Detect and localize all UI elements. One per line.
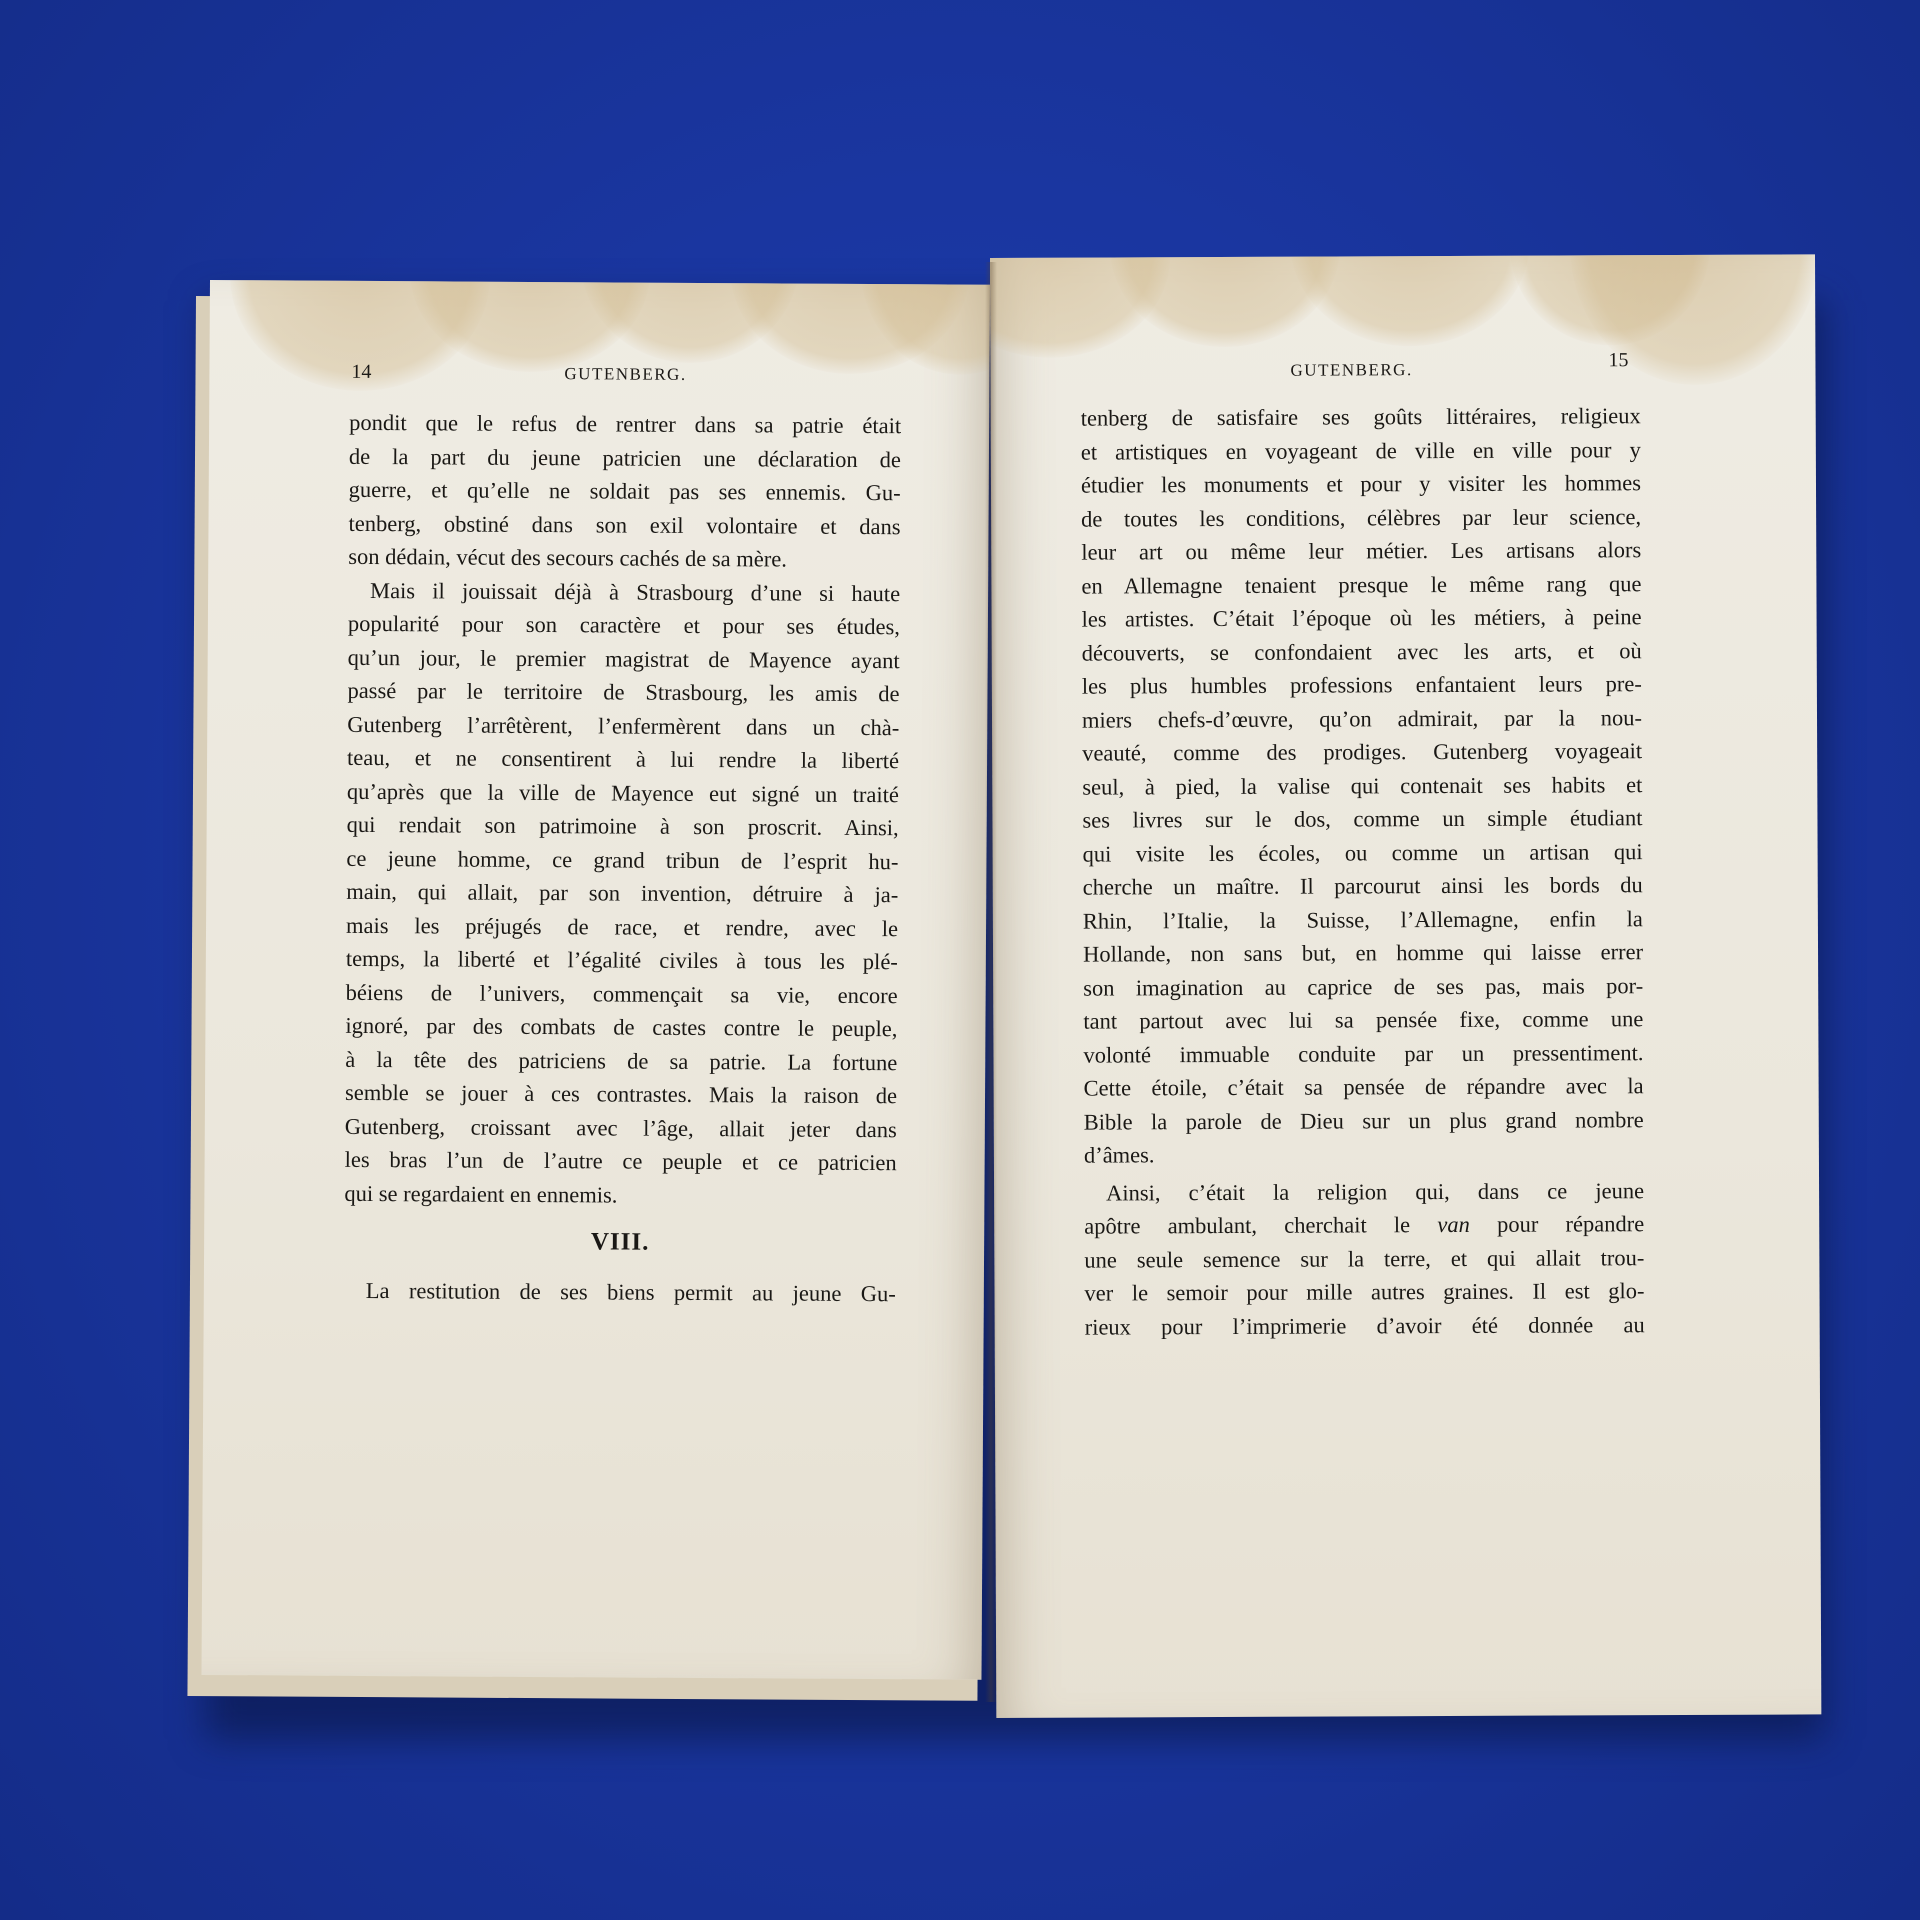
text-line: et artistiques en voyageant de ville en …	[1081, 433, 1641, 469]
text-line: semble se jouer à ces contrastes. Mais l…	[345, 1076, 897, 1113]
text-line: apôtre ambulant, cherchait le van pour r…	[1084, 1207, 1644, 1243]
text-line: les plus humbles professions enfantaient…	[1082, 667, 1642, 703]
text-line: une seule semence sur la terre, et qui a…	[1084, 1241, 1644, 1277]
text-line: ver le semoir pour mille autres graines.…	[1084, 1274, 1644, 1310]
text-line: de toutes les conditions, célèbres par l…	[1081, 500, 1641, 536]
text-line: découverts, se confondaient avec les art…	[1082, 634, 1642, 670]
text-line: teau, et ne consentirent à lui rendre la…	[347, 741, 899, 778]
text-line: Ainsi, c’était la religion qui, dans ce …	[1084, 1174, 1644, 1210]
text-line: cherche un maître. Il parcourut ainsi le…	[1083, 868, 1643, 904]
text-line: qu’un jour, le premier magistrat de Maye…	[348, 640, 900, 677]
text-line: Gutenberg, croissant avec l’âge, allait …	[345, 1109, 897, 1146]
text-line: son imagination au caprice de ses pas, m…	[1083, 969, 1643, 1005]
text-line: Hollande, non sans but, en homme qui lai…	[1083, 935, 1643, 971]
text-segment: pour répandre	[1470, 1211, 1644, 1237]
water-stain	[1289, 254, 1530, 346]
text-line: guerre, et qu’elle ne soldait pas ses en…	[349, 473, 901, 510]
text-line: qui rendait son patrimoine à son proscri…	[347, 808, 899, 845]
text-line: pondit que le refus de rentrer dans sa p…	[349, 406, 901, 443]
right-page-body: tenberg de satisfaire ses goûts littérai…	[1081, 399, 1645, 1343]
running-head: GUTENBERG.	[1290, 360, 1412, 381]
text-line: ignoré, par des combats de castes contre…	[345, 1009, 897, 1046]
text-line: tenberg de satisfaire ses goûts littérai…	[1081, 399, 1641, 435]
text-line: temps, la liberté et l’égalité civiles à…	[346, 942, 898, 979]
text-line: Gutenberg l’arrêtèrent, l’enfermèrent da…	[347, 707, 899, 744]
text-line: béiens de l’univers, commençait sa vie, …	[346, 975, 898, 1012]
text-line: de la part du jeune patricien une déclar…	[349, 439, 901, 476]
running-head: GUTENBERG.	[564, 364, 686, 385]
page-number: 15	[1608, 349, 1628, 372]
section-title: VIII.	[344, 1224, 896, 1261]
text-line: seul, à pied, la valise qui contenait se…	[1082, 768, 1642, 804]
text-line: ce jeune homme, ce grand tribun de l’esp…	[346, 841, 898, 878]
text-line: mais les préjugés de race, et rendre, av…	[346, 908, 898, 945]
text-segment: apôtre ambulant, cherchait le	[1084, 1212, 1437, 1239]
text-line: La restitution de ses biens permit au je…	[344, 1273, 896, 1310]
text-line: ses livres sur le dos, comme un simple é…	[1082, 801, 1642, 837]
text-line: les bras l’un de l’autre ce peuple et ce…	[345, 1143, 897, 1180]
text-line: tant partout avec lui sa pensée fixe, co…	[1083, 1002, 1643, 1038]
text-line: rieux pour l’imprimerie d’avoir été donn…	[1085, 1308, 1645, 1344]
text-line: à la tête des patriciens de sa patrie. L…	[345, 1042, 897, 1079]
text-line: étudier les monuments et pour y visiter …	[1081, 466, 1641, 502]
text-line: Cette étoile, c’était sa pensée de répan…	[1084, 1069, 1644, 1105]
text-line: tenberg, obstiné dans son exil volontair…	[348, 506, 900, 543]
text-line: leur art ou même leur métier. Les artisa…	[1081, 533, 1641, 569]
page-number: 14	[351, 361, 371, 384]
right-page: GUTENBERG. 15 tenberg de satisfaire ses …	[990, 254, 1821, 1718]
text-line: en Allemagne tenaient presque le même ra…	[1081, 567, 1641, 603]
text-line: Rhin, l’Italie, la Suisse, l’Allemagne, …	[1083, 902, 1643, 938]
text-line: Bible la parole de Dieu sur un plus gran…	[1084, 1103, 1644, 1139]
text-line: qu’après que la ville de Mayence eut sig…	[347, 774, 899, 811]
text-line: miers chefs-d’œuvre, qu’on admirait, par…	[1082, 701, 1642, 737]
text-line: qui visite les écoles, ou comme un artis…	[1083, 835, 1643, 871]
text-line: volonté immuable conduite par un pressen…	[1083, 1036, 1643, 1072]
left-page: 14 GUTENBERG. pondit que le refus de ren…	[201, 280, 990, 1680]
text-line: popularité pour son caractère et pour se…	[348, 607, 900, 644]
italic-word: van	[1437, 1212, 1470, 1237]
book-spine	[985, 262, 997, 1702]
text-line: passé par le territoire de Strasbourg, l…	[347, 674, 899, 711]
text-line: main, qui allait, par son invention, dét…	[346, 875, 898, 912]
text-line: Mais il jouissait déjà à Strasbourg d’un…	[348, 573, 900, 610]
text-line: qui se regardaient en ennemis.	[344, 1176, 896, 1213]
text-line: les artistes. C’était l’époque où les mé…	[1082, 600, 1642, 636]
text-line: veauté, comme des prodiges. Gutenberg vo…	[1082, 734, 1642, 770]
text-line: d’âmes.	[1084, 1136, 1644, 1172]
left-page-body: pondit que le refus de rentrer dans sa p…	[344, 406, 901, 1310]
water-stain	[1569, 254, 1820, 385]
text-line: son dédain, vécut des secours cachés de …	[348, 540, 900, 577]
